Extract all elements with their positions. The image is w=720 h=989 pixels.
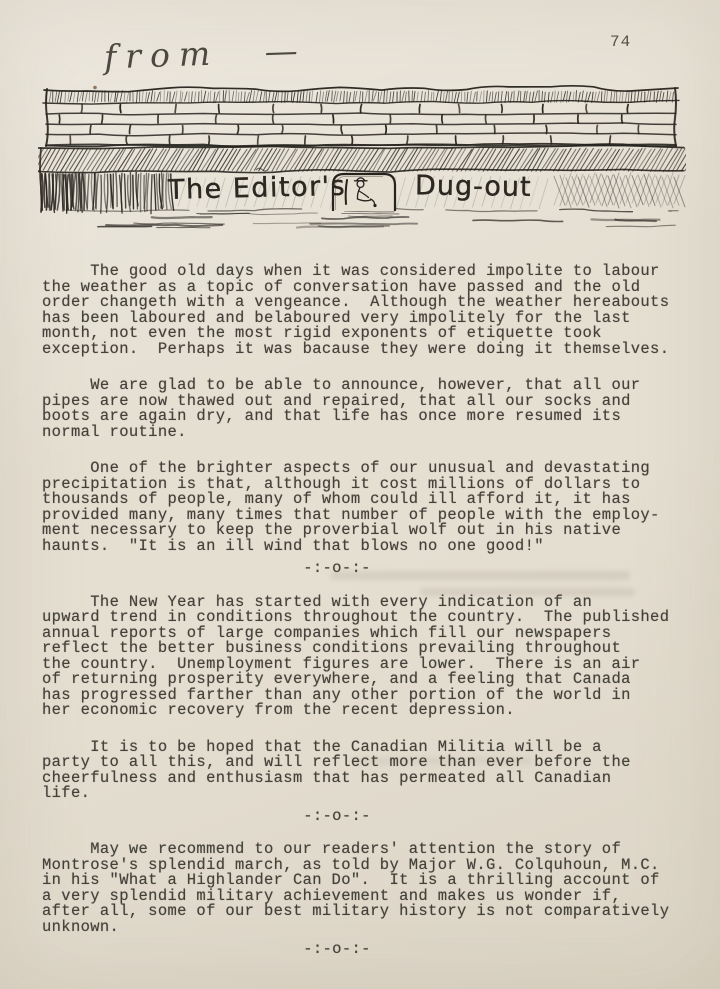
paragraph-pipes-thawed: We are glad to be able to announce, howe…	[42, 378, 692, 440]
paper-fleck	[93, 86, 97, 90]
paragraph-precipitation: One of the brighter aspects of our unusu…	[42, 461, 692, 554]
typewritten-body: The good old days when it was considered…	[42, 264, 692, 976]
section-separator: -:-o-:-	[42, 561, 632, 577]
section-separator: -:-o-:-	[42, 809, 632, 825]
paragraph-weather: The good old days when it was considered…	[42, 264, 692, 357]
paragraph-new-year: The New Year has started with every indi…	[42, 595, 692, 719]
paragraph-montrose: May we recommend to our readers' attenti…	[42, 842, 692, 935]
document-page: from — 74 The Editor's Dug-out	[0, 0, 720, 989]
handwritten-from-note: from —	[103, 30, 307, 76]
masthead-right-text: Dug-out	[415, 170, 532, 203]
small-scribble	[256, 168, 268, 171]
dugout-wall-drawing: The Editor's Dug-out	[38, 84, 686, 234]
page-number: 74	[610, 33, 631, 51]
section-separator: -:-o-:-	[42, 942, 632, 958]
paragraph-militia: It is to be hoped that the Canadian Mili…	[42, 740, 692, 802]
masthead-left-text: The Editor's	[167, 171, 347, 206]
dugout-illustration: The Editor's Dug-out	[38, 84, 686, 234]
